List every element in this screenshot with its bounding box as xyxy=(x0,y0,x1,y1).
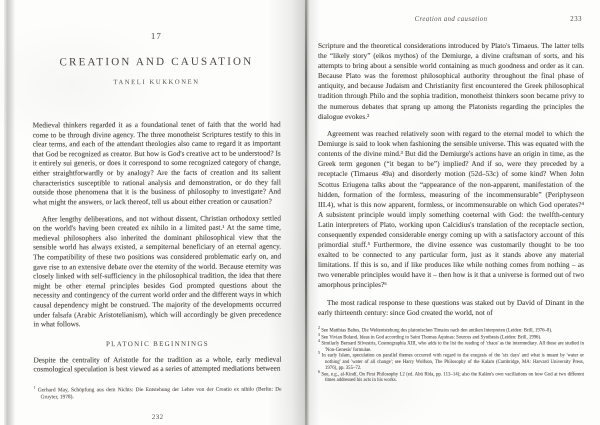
body-paragraph: Agreement was reached relatively soon wi… xyxy=(318,129,584,291)
left-page: 17 CREATION AND CAUSATION TANELI KUKKONE… xyxy=(15,0,285,425)
body-paragraph: The most radical response to these quest… xyxy=(318,298,584,318)
body-paragraph: Medieval thinkers regarded it as a found… xyxy=(33,120,281,207)
page-number: 232 xyxy=(34,413,282,421)
right-page: Creation and causation 233 Scripture and… xyxy=(318,0,590,425)
footnote: 5 In early Islam, speculation on paralle… xyxy=(318,353,584,371)
chapter-title: CREATION AND CAUSATION xyxy=(32,56,280,69)
running-header-title: Creation and causation xyxy=(318,16,584,23)
gutter-shadow xyxy=(268,0,320,425)
footnote-text: Gerhard May, Schöpfung aus dem Nichts: D… xyxy=(38,387,282,401)
footnote-text: See Matthias Baltes, Die Weltentstehung … xyxy=(321,329,552,334)
footnote-block: 2 See Matthias Baltes, Die Weltentstehun… xyxy=(318,328,584,384)
footnote-block: 1 Gerhard May, Schöpfung aus dem Nichts:… xyxy=(34,387,282,402)
footnote-text: See, e.g., al-Kindī, On First Philosophy… xyxy=(321,372,584,383)
running-header: Creation and causation 233 xyxy=(318,16,584,26)
footnote: 4 Similarly Bernard Silvestris, Cosmogra… xyxy=(318,341,584,353)
page-number: 233 xyxy=(570,16,582,23)
footnote: 2 See Matthias Baltes, Die Weltentstehun… xyxy=(318,328,584,335)
page-edge-strip xyxy=(4,0,15,425)
chapter-number: 17 xyxy=(32,31,280,42)
footnote: 1 Gerhard May, Schöpfung aus dem Nichts:… xyxy=(34,387,282,402)
footnote-text: See Vivian Boland, Ideas in God accordin… xyxy=(321,335,541,340)
body-paragraph: Despite the centrality of Aristotle for … xyxy=(33,354,281,374)
right-page-content: Creation and causation 233 Scripture and… xyxy=(318,16,584,384)
chapter-author: TANELI KUKKONEN xyxy=(32,79,280,87)
footnote: 6 See, e.g., al-Kindī, On First Philosop… xyxy=(318,372,584,384)
body-paragraph: After lengthy deliberations, and not wit… xyxy=(33,213,281,329)
scanned-book-spread: 17 CREATION AND CAUSATION TANELI KUKKONE… xyxy=(0,0,600,425)
footnote-marker: 1 xyxy=(34,385,36,390)
footnote-text: Similarly Bernard Silvestris, Cosmograph… xyxy=(321,342,584,353)
body-paragraph: Scripture and the theoretical considerat… xyxy=(318,41,584,122)
fold-line xyxy=(305,0,307,425)
footnote-text: In early Islam, speculation on parallel … xyxy=(322,354,584,371)
left-page-content: 17 CREATION AND CAUSATION TANELI KUKKONE… xyxy=(32,31,281,422)
section-heading: PLATONIC BEGINNINGS xyxy=(33,339,281,348)
